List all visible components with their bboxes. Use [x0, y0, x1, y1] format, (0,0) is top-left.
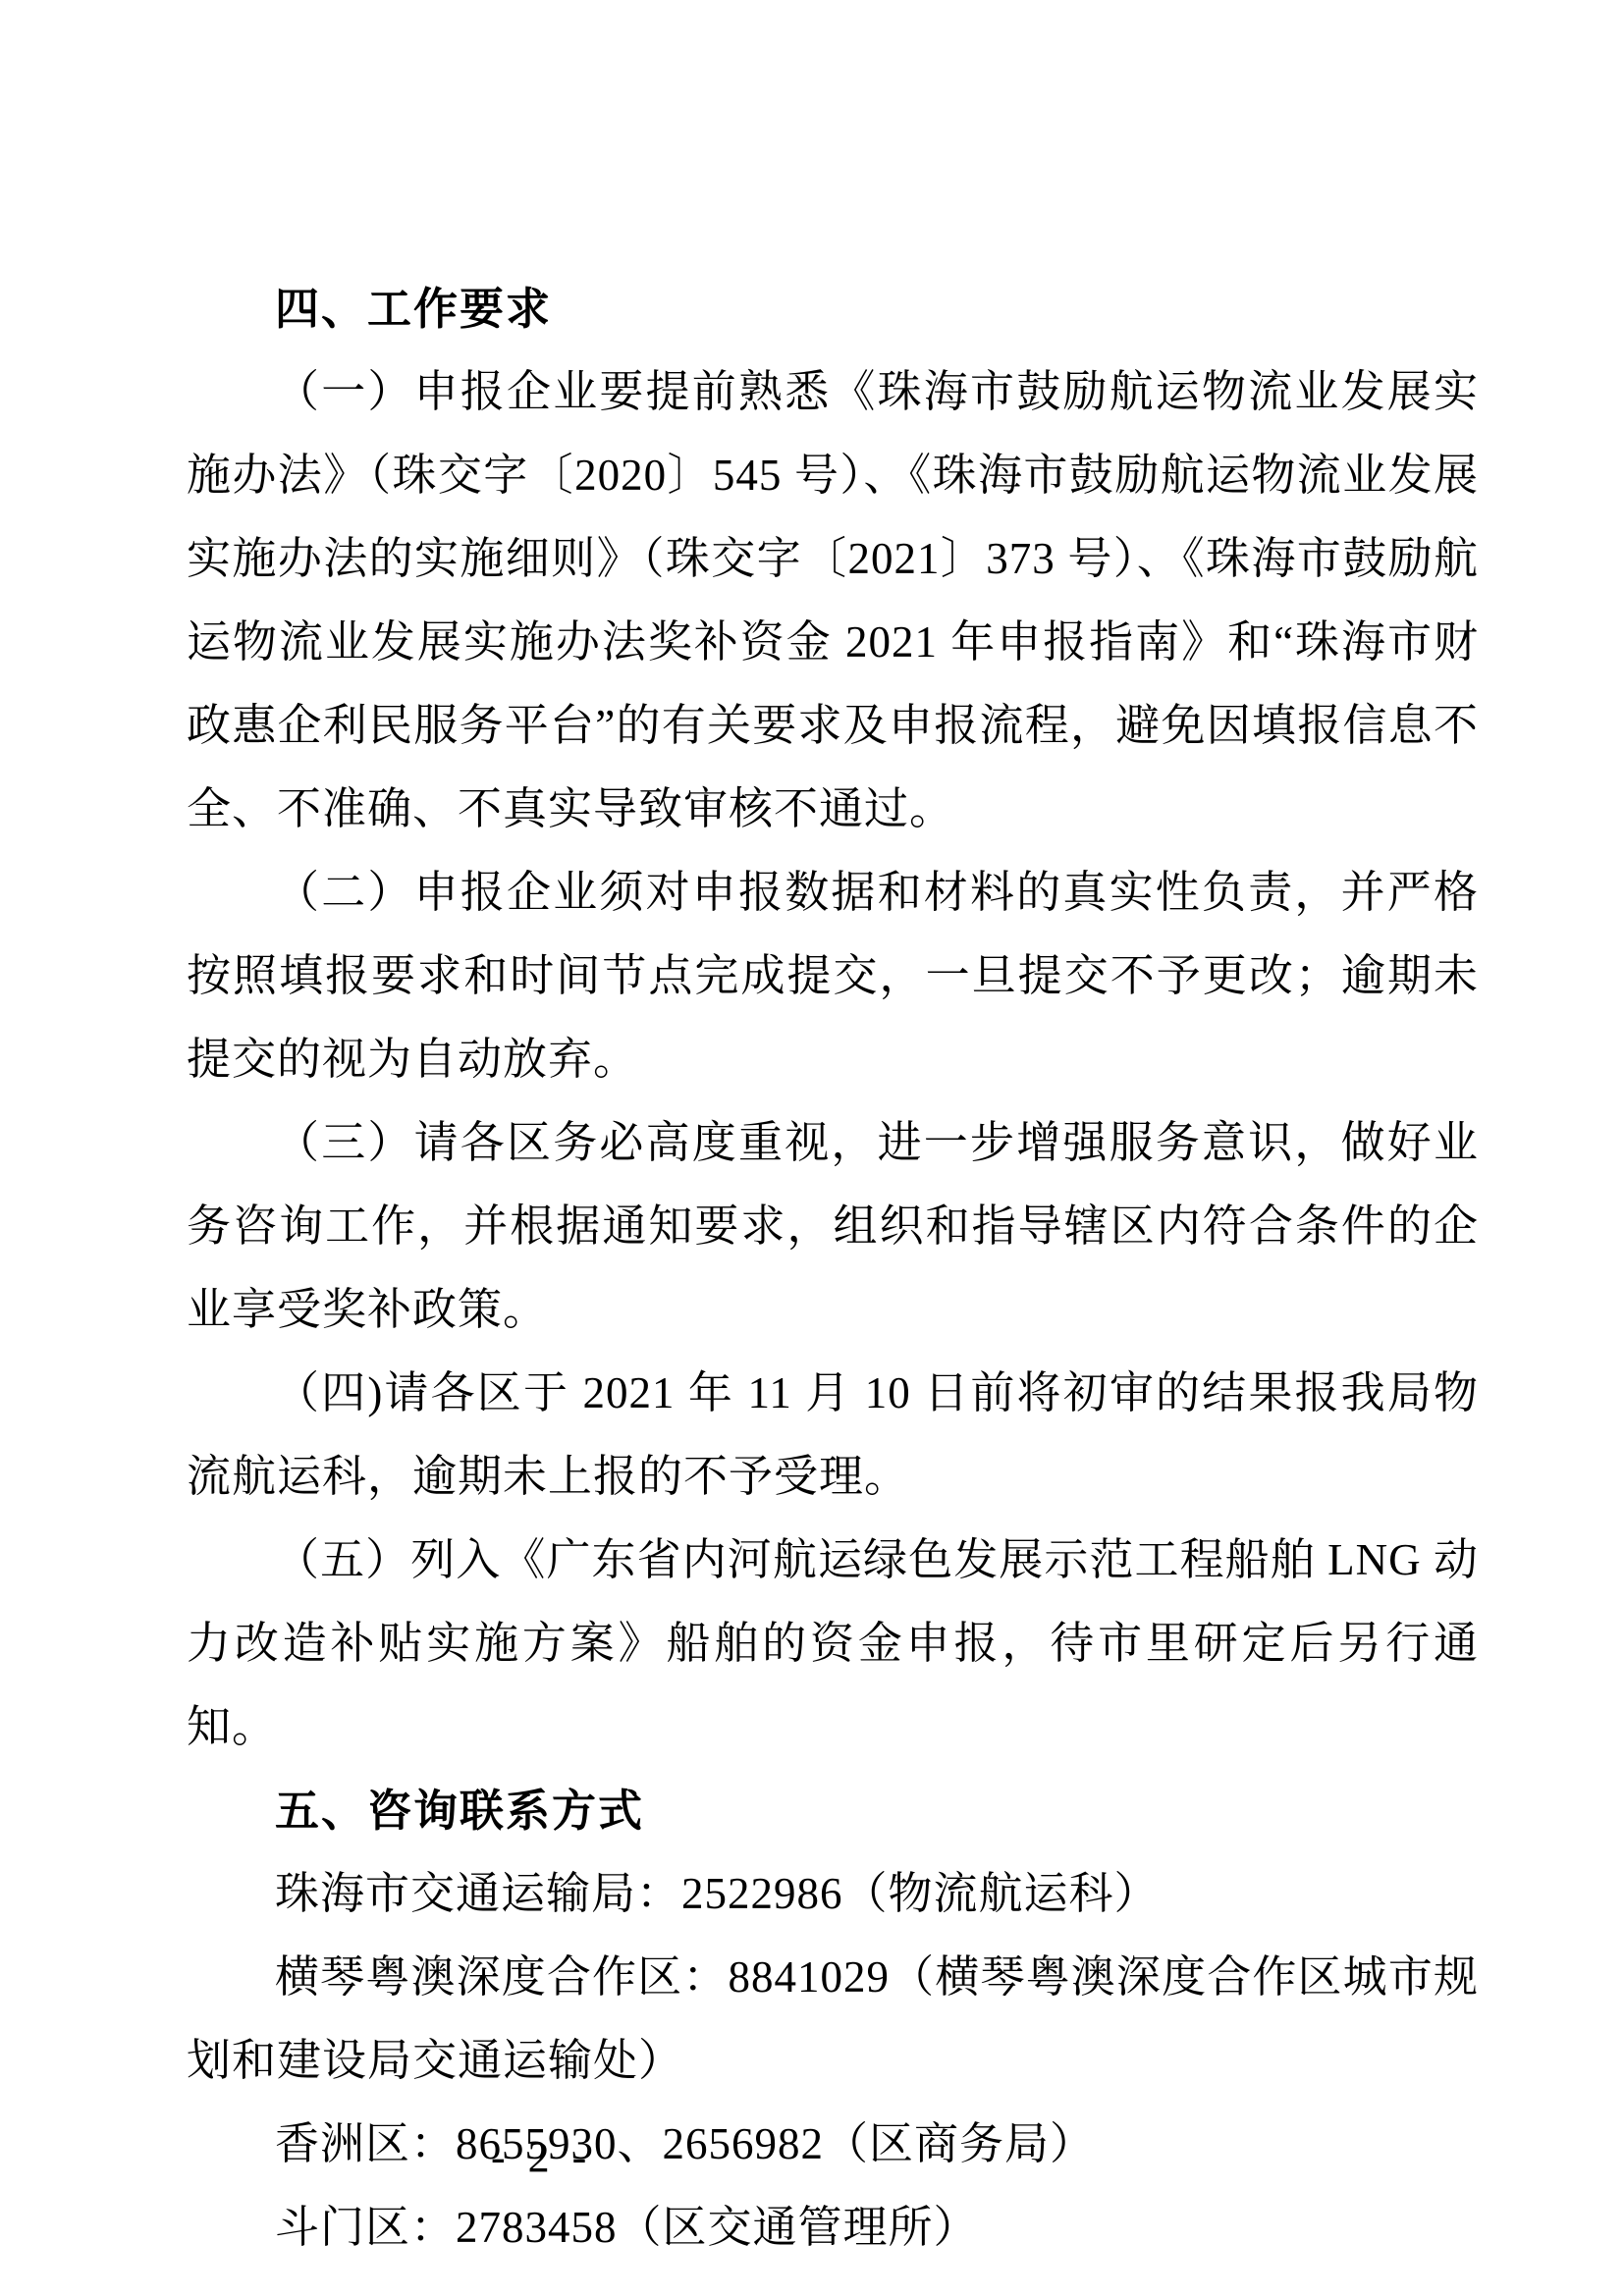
contact-line-xiangzhou: 香洲区：8655930、2656982（区商务局） — [187, 2103, 1479, 2186]
section-heading-work-requirements: 四、工作要求 — [187, 267, 1479, 350]
paragraph-4-deadline: （四)请各区于 2021 年 11 月 10 日前将初审的结果报我局物流航运科，… — [187, 1352, 1479, 1519]
page-number: - 2 - — [491, 2128, 592, 2187]
document-body: 四、工作要求 （一）申报企业要提前熟悉《珠海市鼓励航运物流业发展实施办法》（珠交… — [187, 267, 1479, 2269]
paragraph-1-application-guides: （一）申报企业要提前熟悉《珠海市鼓励航运物流业发展实施办法》（珠交字〔2020〕… — [187, 350, 1479, 851]
section-heading-contact-info: 五、咨询联系方式 — [187, 1769, 1479, 1852]
contact-line-transport-bureau: 珠海市交通运输局：2522986（物流航运科） — [187, 1852, 1479, 1936]
contact-line-doumen: 斗门区：2783458（区交通管理所） — [187, 2186, 1479, 2269]
paragraph-5-lng-ships: （五）列入《广东省内河航运绿色发展示范工程船舶 LNG 动力改造补贴实施方案》船… — [187, 1519, 1479, 1769]
paragraph-3-district-guidance: （三）请各区务必高度重视，进一步增强服务意识，做好业务咨询工作，并根据通知要求，… — [187, 1101, 1479, 1352]
paragraph-2-data-responsibility: （二）申报企业须对申报数据和材料的真实性负责，并严格按照填报要求和时间节点完成提… — [187, 851, 1479, 1101]
document-page: 四、工作要求 （一）申报企业要提前熟悉《珠海市鼓励航运物流业发展实施办法》（珠交… — [0, 0, 1624, 2296]
contact-line-hengqin: 横琴粤澳深度合作区：8841029（横琴粤澳深度合作区城市规划和建设局交通运输处… — [187, 1936, 1479, 2103]
